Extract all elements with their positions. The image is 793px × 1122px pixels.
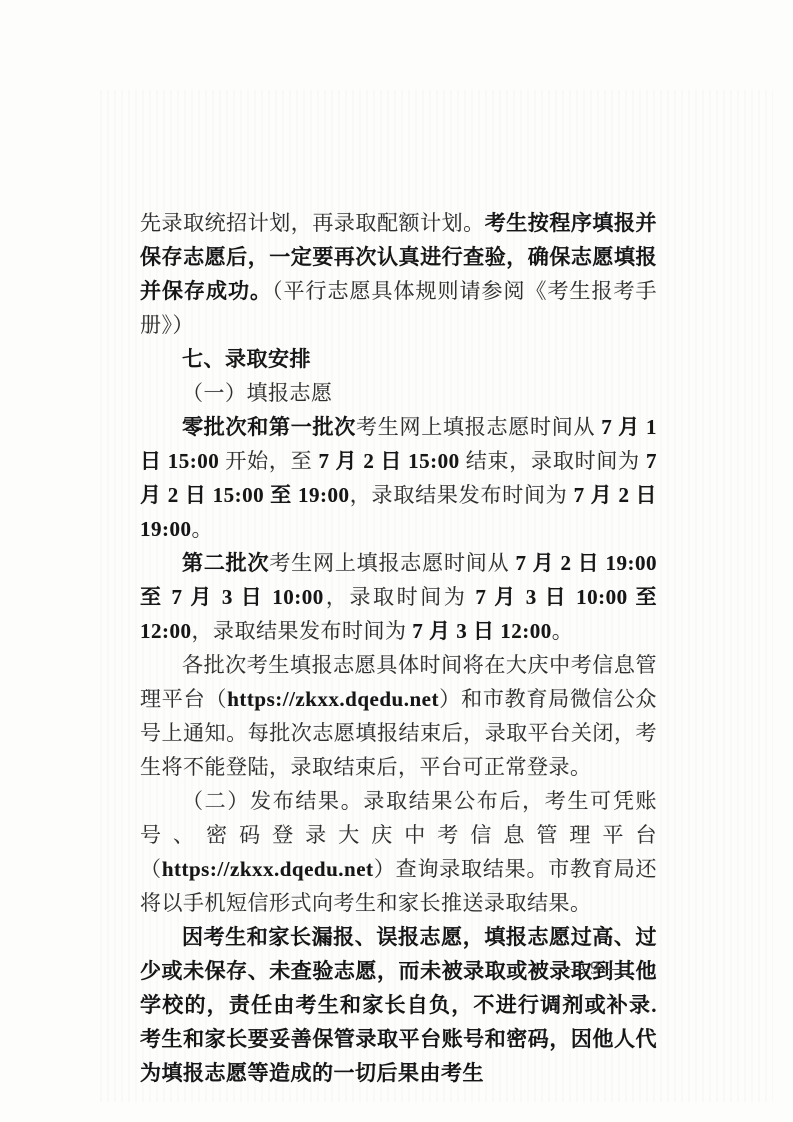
text-run-bold: https://zkxx.dqedu.net <box>227 687 439 711</box>
text-run: （一）填报志愿 <box>182 381 333 405</box>
para-batch-zero-and-first: 零批次和第一批次考生网上填报志愿时间从 7 月 1 日 15:00 开始，至 7… <box>140 410 657 546</box>
text-run-bold: 七、录取安排 <box>182 347 311 371</box>
text-run: ，录取结果发布时间为 <box>192 619 413 643</box>
para-responsibility-warning: 因考生和家长漏报、误报志愿，填报志愿过高、过少或未保存、未查验志愿，而未被录取或… <box>140 920 657 1090</box>
para-batch-second: 第二批次考生网上填报志愿时间从 7 月 2 日 19:00 至 7 月 3 日 … <box>140 546 657 648</box>
scanned-document-page: 先录取统招计划，再录取配额计划。考生按程序填报并保存志愿后，一定要再次认真进行查… <box>0 0 793 1122</box>
text-run: 先录取统招计划，再录取配额计划。 <box>140 211 485 235</box>
text-run: ，录取结果发布时间为 <box>350 483 574 507</box>
text-run-bold: 7 月 2 日 15:00 <box>319 449 460 473</box>
text-run-bold: 零批次和第一批次 <box>182 415 356 439</box>
para-continuation: 先录取统招计划，再录取配额计划。考生按程序填报并保存志愿后，一定要再次认真进行查… <box>140 206 657 342</box>
para-publish-results: （二）发布结果。录取结果公布后，考生可凭账号、密码登录大庆中考信息管理平台（ht… <box>140 784 657 920</box>
para-platform-notice: 各批次考生填报志愿具体时间将在大庆中考信息管理平台（https://zkxx.d… <box>140 648 657 784</box>
text-run: 考生网上填报志愿时间从 <box>356 415 601 439</box>
text-run: 。 <box>192 517 214 541</box>
text-run: 开始，至 <box>219 449 318 473</box>
text-run-bold: 7 月 3 日 12:00 <box>412 619 552 643</box>
text-run: 考生网上填报志愿时间从 <box>269 551 515 575</box>
subheading-one-fill-preferences: （一）填报志愿 <box>140 376 657 410</box>
text-run-bold: 第二批次 <box>182 551 269 575</box>
text-run: 。 <box>552 619 574 643</box>
text-run: 结束，录取时间为 <box>460 449 646 473</box>
page-number: —9— <box>570 958 621 980</box>
text-run-bold: https://zkxx.dqedu.net <box>162 857 374 881</box>
heading-section-seven-admission-arrangement: 七、录取安排 <box>140 342 657 376</box>
text-run: ，录取时间为 <box>324 585 476 609</box>
text-run-bold: 因考生和家长漏报、误报志愿，填报志愿过高、过少或未保存、未查验志愿，而未被录取或… <box>140 925 657 1085</box>
